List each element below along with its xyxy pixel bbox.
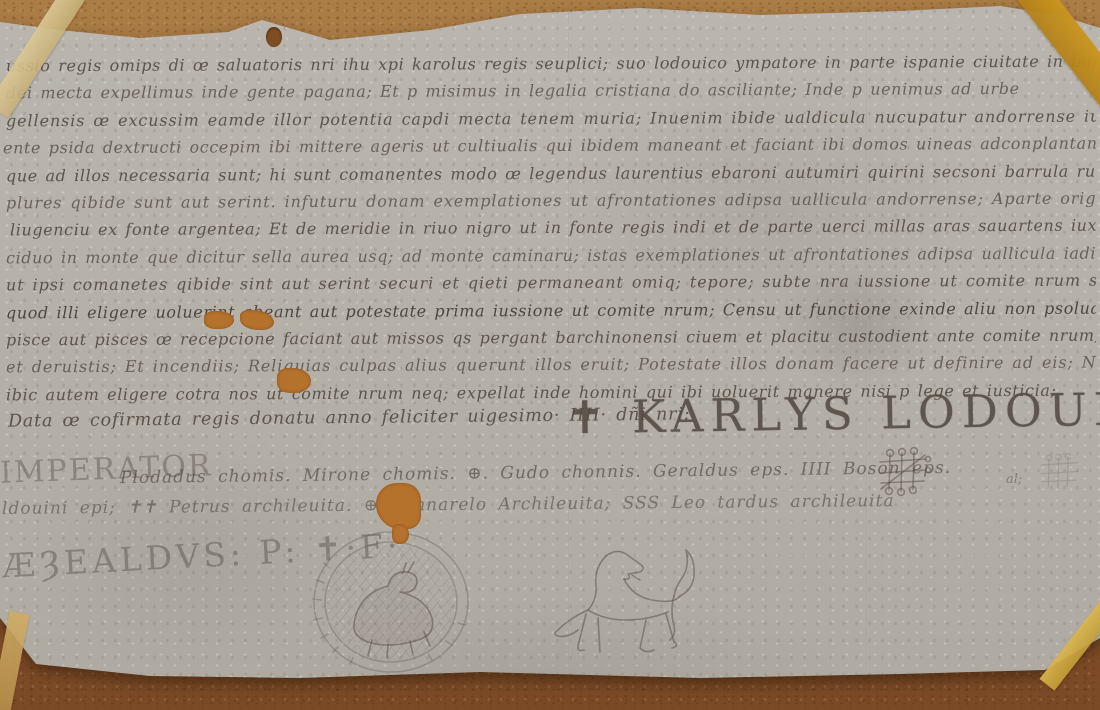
manuscript-line: ut ipsi comanetes qibide sint aut serint… [6, 267, 1096, 299]
seal-drawing [308, 528, 474, 678]
subscription-line-2: ldouini epi; ✝✝ Petrus archileuita. ⊕ Sa… [2, 491, 895, 519]
manuscript-line: et deruistis; Et incendiis; Reliquias cu… [6, 349, 1096, 381]
repair-patch [376, 483, 421, 529]
parchment-wrapper: ussio regis omips di œ saluatoris nri ih… [0, 0, 1100, 710]
marginal-note: al; [1006, 472, 1022, 487]
notary-grid-monogram [876, 448, 934, 496]
subscription-line-1: Plodadus chomis. Mirone chomis. ⊕. Gudo … [120, 458, 951, 488]
repair-patch [277, 368, 311, 393]
royal-signature: ✝ KARLYS LODOUICYS: [566, 381, 1100, 445]
faint-grid-monogram [1038, 452, 1084, 494]
manuscript-text-block: ussio regis omips di œ saluatoris nri ih… [6, 50, 1096, 406]
parchment-charter: ussio regis omips di œ saluatoris nri ih… [0, 0, 1100, 710]
manuscript-line: liugenciu ex fonte argentea; Et de merid… [10, 212, 1096, 244]
cork-board: ussio regis omips di œ saluatoris nri ih… [0, 0, 1100, 710]
manuscript-line: ente psida dextructi occepim ibi mittere… [3, 130, 1096, 162]
repair-patch [204, 311, 234, 329]
repair-patch [392, 524, 409, 544]
lion-drawing [528, 534, 718, 662]
manuscript-line: dei mecta expellimus inde gente pagana; … [6, 75, 1096, 107]
parchment-hole [266, 27, 282, 47]
